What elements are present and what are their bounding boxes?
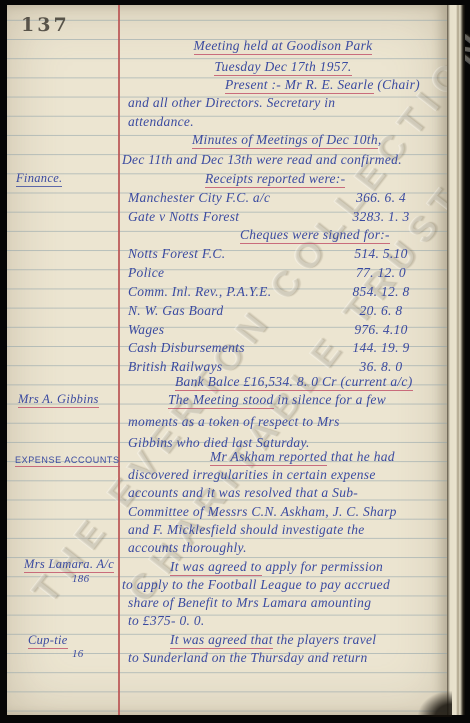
minute-line: share of Benefit to Mrs Lamara amounting xyxy=(128,595,371,611)
page-number: 137 xyxy=(21,14,70,36)
minute-line: to £375- 0. 0. xyxy=(128,613,205,629)
margin-note-expense-accounts: EXPENSE ACCOUNTS xyxy=(15,452,120,468)
margin-note-lamara-ref: 186 xyxy=(72,571,89,587)
ledger-page: THE EVERTON COLLECTION CHARITABLE TRUST … xyxy=(7,5,447,715)
minute-line: Cheques were signed for:- xyxy=(240,227,390,243)
receipt-row: Gate v Notts Forest3283. 1. 3 xyxy=(128,209,444,225)
receipt-row: Manchester City F.C. a/c366. 6. 4 xyxy=(128,190,444,206)
minute-line: Committee of Messrs C.N. Askham, J. C. S… xyxy=(128,504,397,520)
cheque-row: Police77. 12. 0 xyxy=(128,265,444,281)
margin-note-lamara: Mrs Lamara. A/c xyxy=(24,556,114,572)
minute-line: It was agreed to apply for permission xyxy=(170,559,383,575)
minute-line: attendance. xyxy=(128,114,194,130)
minute-book-photo: THE EVERTON COLLECTION CHARITABLE TRUST … xyxy=(0,0,470,723)
minute-line: Mr Askham reported that he had xyxy=(210,449,395,465)
margin-note-cup-tie: Cup-tie xyxy=(28,632,68,648)
margin-note-gibbins: Mrs A. Gibbins xyxy=(18,391,99,407)
margin-note-cup-tie-ref: 16 xyxy=(72,646,84,662)
minute-line: Meeting held at Goodison Park xyxy=(125,38,441,54)
red-margin-rule xyxy=(118,5,120,715)
minute-line: moments as a token of respect to Mrs xyxy=(128,414,340,430)
cheque-row: Comm. Inl. Rev., P.A.Y.E.854. 12. 8 xyxy=(128,284,444,300)
minute-line: to apply to the Football League to pay a… xyxy=(122,577,390,593)
minute-line: and F. Micklesfield should investigate t… xyxy=(128,522,365,538)
margin-note-finance: Finance. xyxy=(16,170,62,186)
minute-line: The Meeting stood in silence for a few xyxy=(168,392,386,408)
bank-balance-line: Bank Balce £16,534. 8. 0 Cr (current a/c… xyxy=(175,374,413,390)
cheque-row: British Railways36. 8. 0 xyxy=(128,359,444,375)
cheque-row: Cash Disbursements144. 19. 9 xyxy=(128,340,444,356)
minute-line: discovered irregularities in certain exp… xyxy=(128,467,376,483)
cheque-row: Notts Forest F.C.514. 5.10 xyxy=(128,246,444,262)
minute-line: Minutes of Meetings of Dec 10th, xyxy=(192,132,382,148)
minute-line: Present :- Mr R. E. Searle (Chair) xyxy=(225,77,420,93)
minute-line: to Sunderland on the Thursday and return xyxy=(128,650,368,666)
minute-line: Dec 11th and Dec 13th were read and conf… xyxy=(122,152,402,168)
minute-line: accounts and it was resolved that a Sub- xyxy=(128,485,358,501)
minute-line: accounts thoroughly. xyxy=(128,540,247,556)
cheque-row: Wages976. 4.10 xyxy=(128,322,444,338)
facing-page-edge xyxy=(447,5,465,715)
minute-line: Receipts reported were:- xyxy=(205,171,345,187)
page-corner-shadow xyxy=(418,691,452,717)
cheque-row: N. W. Gas Board20. 6. 8 xyxy=(128,303,444,319)
minute-line: and all other Directors. Secretary in xyxy=(128,95,335,111)
minute-line: Tuesday Dec 17th 1957. xyxy=(125,59,441,75)
minute-line: It was agreed that the players travel xyxy=(170,632,376,648)
